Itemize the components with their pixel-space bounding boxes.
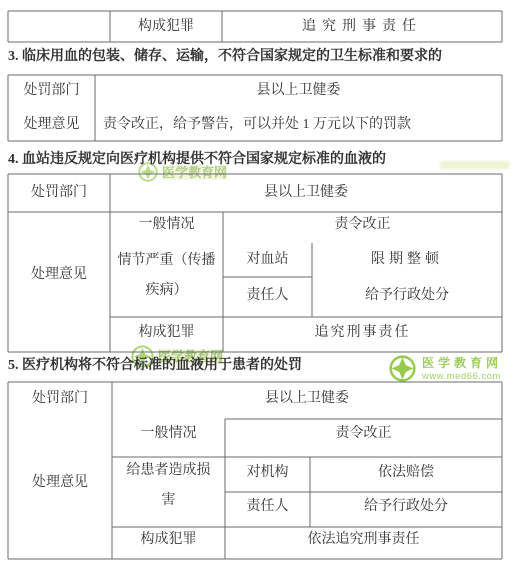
s3-dept-value: 县以上卫健委 bbox=[95, 75, 502, 106]
section-5-heading: 5. 医疗机构将不符合标准的血液用于患者的处罚 bbox=[8, 357, 302, 375]
s5-dept-value: 县以上卫健委 bbox=[112, 382, 502, 424]
s5-target1-label: 对机构 bbox=[225, 457, 310, 488]
s4-target2-value: 给予行政处分 bbox=[312, 277, 502, 315]
s4-opinion-label: 处理意见 bbox=[8, 212, 110, 338]
s5-target2-value: 给予行政处分 bbox=[310, 492, 502, 521]
s3-dept-label: 处罚部门 bbox=[8, 75, 95, 106]
s5-crime-value: 依法追究刑事责任 bbox=[225, 527, 502, 553]
fragment-cell-liability: 追究刑事责任 bbox=[222, 11, 502, 42]
s4-severe-label-line2: 疾病） bbox=[110, 283, 223, 299]
s4-severe-label-line1: 情节严重（传播 bbox=[110, 253, 223, 269]
s4-target1-label: 对血站 bbox=[223, 243, 312, 277]
section-4-heading: 4. 血站违反规定向医疗机构提供不符合国家规定标准的血液的 bbox=[8, 151, 386, 169]
s5-general-label: 一般情况 bbox=[112, 419, 225, 449]
s3-opinion-label: 处理意见 bbox=[8, 109, 95, 140]
s4-crime-label: 构成犯罪 bbox=[110, 317, 223, 348]
s5-crime-label: 构成犯罪 bbox=[112, 527, 225, 553]
s4-crime-value: 追究刑事责任 bbox=[223, 317, 502, 348]
s5-target2-label: 责任人 bbox=[225, 492, 310, 521]
s5-general-value: 责令改正 bbox=[225, 419, 502, 449]
s5-opinion-label: 处理意见 bbox=[8, 419, 112, 547]
s4-general-label: 一般情况 bbox=[110, 212, 223, 238]
s4-general-value: 责令改正 bbox=[223, 212, 502, 238]
s5-harm-label-line2: 害 bbox=[112, 493, 225, 509]
document-page: 医学教育网 医学教育网 医学教育网 www.med66.com 构成犯罪 追究刑… bbox=[0, 0, 515, 571]
fragment-cell-crime: 构成犯罪 bbox=[110, 11, 222, 42]
section-3-heading: 3. 临床用血的包装、储存、运输，不符合国家规定的卫生标准和要求的 bbox=[8, 48, 442, 66]
s5-target1-value: 依法赔偿 bbox=[310, 457, 502, 488]
s4-target2-label: 责任人 bbox=[223, 277, 312, 315]
s5-harm-label-line1: 给患者造成损 bbox=[112, 463, 225, 479]
s4-target1-value: 限期整顿 bbox=[312, 243, 502, 277]
s5-dept-label: 处罚部门 bbox=[8, 382, 112, 424]
s3-opinion-value: 责令改正，给予警告，可以并处 1 万元以下的罚款 bbox=[103, 109, 502, 140]
